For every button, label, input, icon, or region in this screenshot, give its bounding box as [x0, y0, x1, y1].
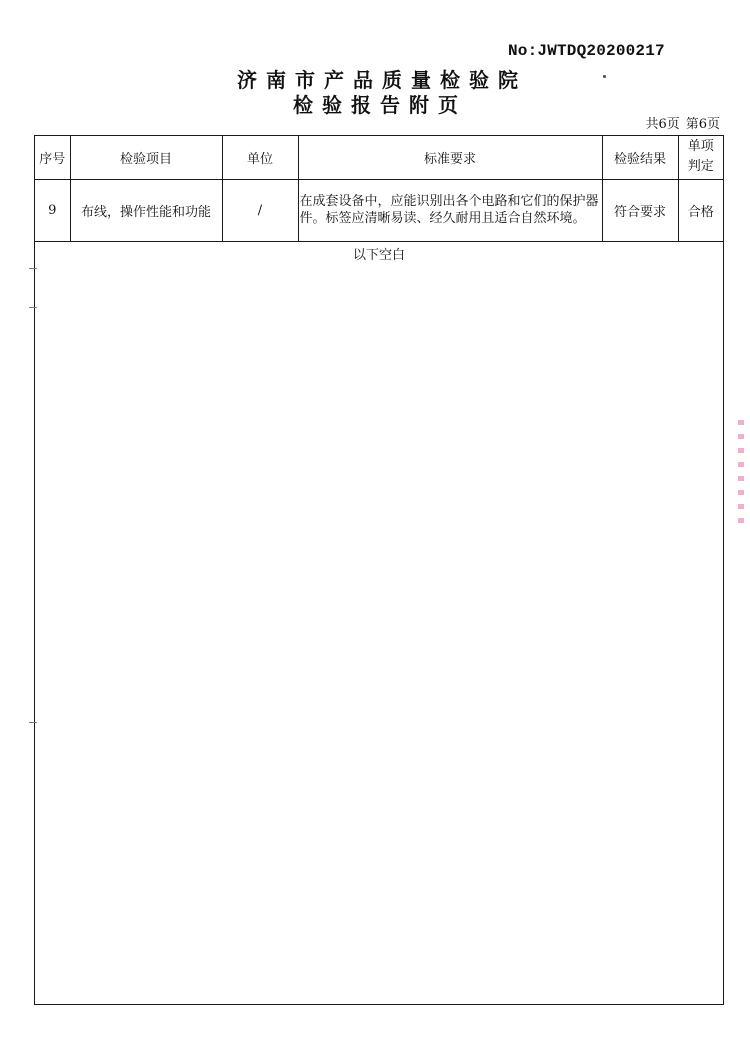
table-header-row: 序号 检验项目 单位 标准要求 检验结果 单项 判定 — [35, 136, 723, 179]
institute-title: 济南市产品质量检验院 — [212, 68, 552, 92]
inspection-grid: 序号 检验项目 单位 标准要求 检验结果 单项 判定 9 布线，操作性能和功能 … — [35, 136, 723, 242]
cell-seq: 9 — [35, 179, 70, 241]
inspection-table: 序号 检验项目 单位 标准要求 检验结果 单项 判定 9 布线，操作性能和功能 … — [34, 135, 724, 1005]
cell-judgement: 合格 — [678, 179, 723, 241]
table-row: 9 布线，操作性能和功能 / 在成套设备中，应能识别出各个电路和它们的保护器件。… — [35, 179, 723, 241]
blank-below-note: 以下空白 — [35, 244, 723, 263]
judgement-header-line1: 单项 — [679, 137, 724, 157]
binding-mark — [29, 307, 37, 308]
scan-speck — [603, 75, 606, 78]
binding-mark — [29, 268, 37, 269]
column-header-judgement: 单项 判定 — [678, 136, 723, 179]
column-header-result: 检验结果 — [602, 136, 678, 179]
report-number: No:JWTDQ20200217 — [508, 42, 665, 60]
page-indicator: 共6页第6页 — [645, 117, 720, 133]
judgement-header-line2: 判定 — [679, 157, 724, 177]
binding-mark — [29, 722, 37, 723]
cell-item: 布线，操作性能和功能 — [70, 179, 222, 241]
page-title: 检验报告附页 — [240, 93, 520, 117]
page-total: 共6页 — [645, 117, 679, 132]
cell-result: 符合要求 — [602, 179, 678, 241]
page-current: 第6页 — [686, 117, 720, 132]
column-header-requirement: 标准要求 — [298, 136, 602, 179]
column-header-seq: 序号 — [35, 136, 70, 179]
cell-requirement: 在成套设备中，应能识别出各个电路和它们的保护器件。标签应清晰易读、经久耐用且适合… — [298, 179, 602, 241]
cell-unit: / — [222, 179, 298, 241]
column-header-item: 检验项目 — [70, 136, 222, 179]
partial-seal-mark — [738, 420, 744, 530]
column-header-unit: 单位 — [222, 136, 298, 179]
